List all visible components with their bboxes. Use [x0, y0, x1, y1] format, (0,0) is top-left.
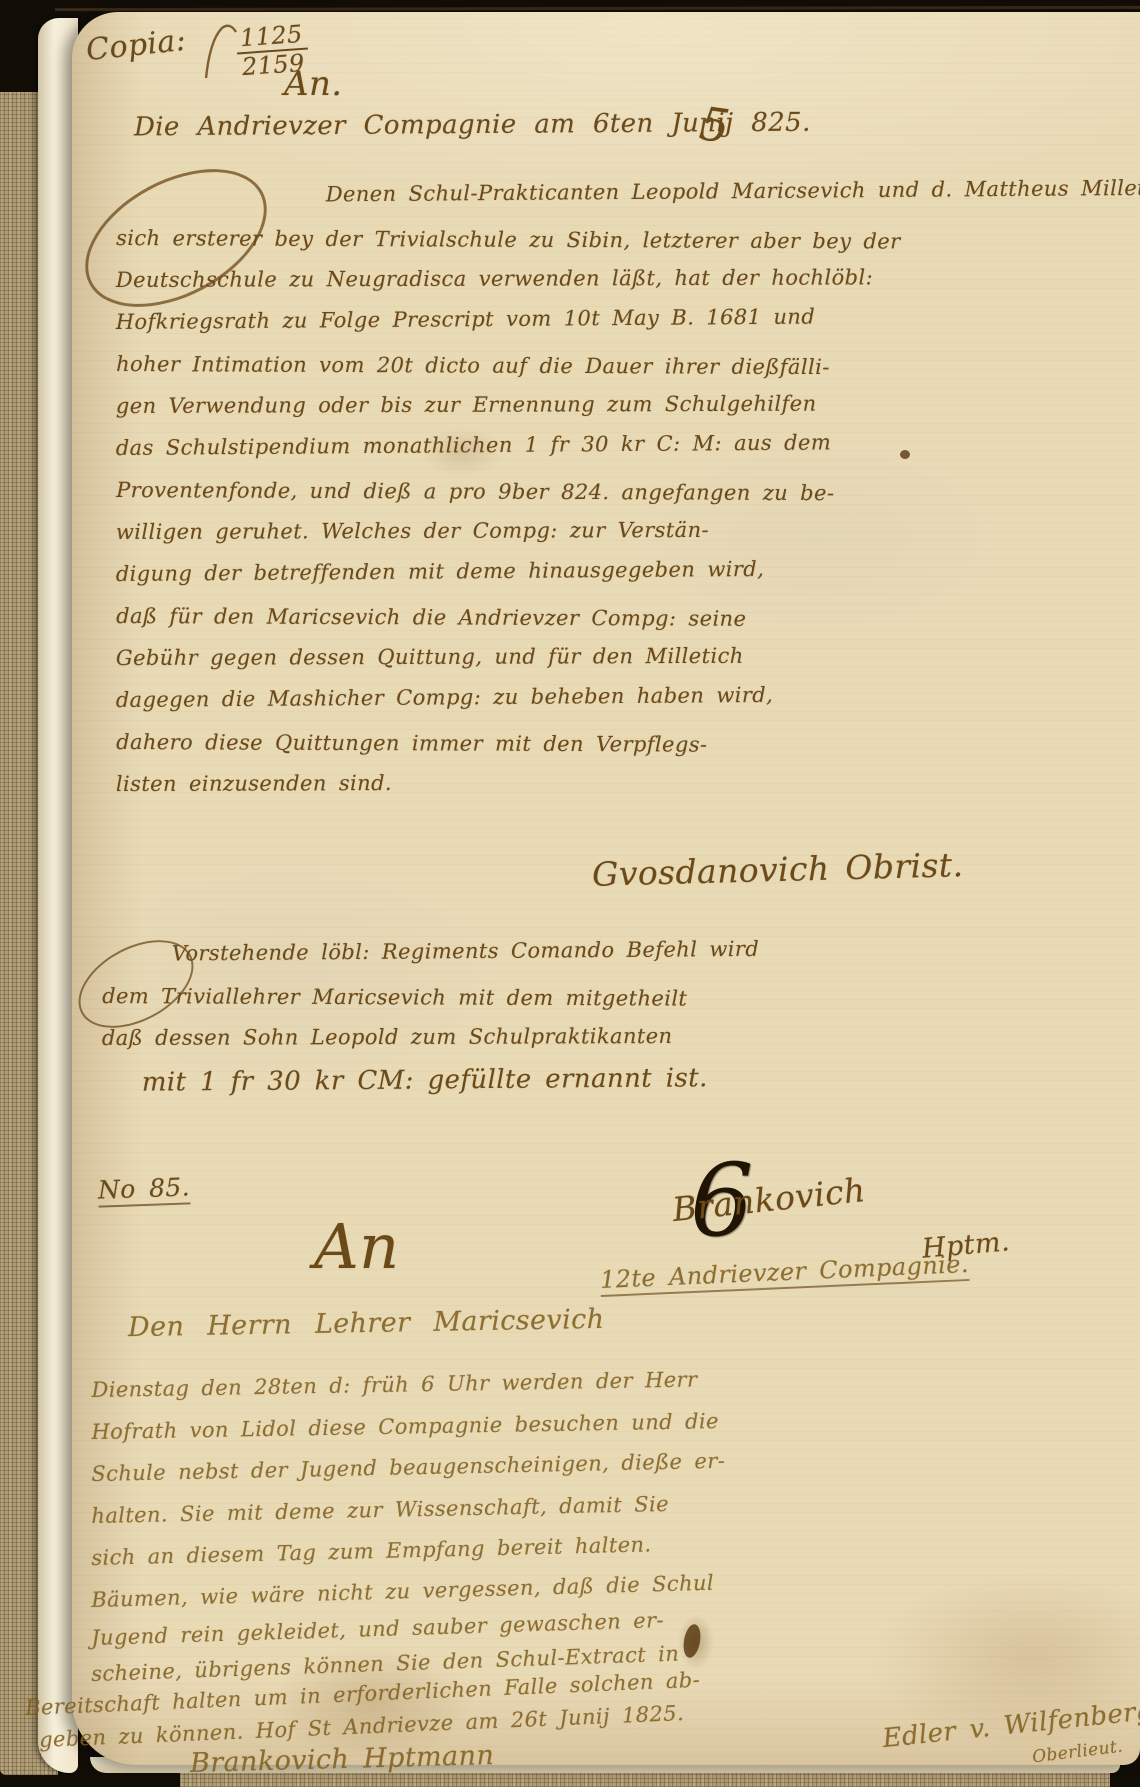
- page-top-edge: [55, 6, 1140, 11]
- letter2-salutation: An: [314, 1210, 400, 1283]
- manuscript-page: Copia: 1125 2159 An. Die Andrievzer Comp…: [72, 12, 1140, 1765]
- letter1-body-line: digung der betreffenden mit deme hinausg…: [116, 553, 1140, 604]
- manuscript-scan: Copia: 1125 2159 An. Die Andrievzer Comp…: [0, 0, 1140, 1787]
- note-line: dem Triviallehrer Maricsevich mit dem mi…: [102, 984, 760, 1029]
- note-body: Vorstehende löbl: Regiments Comando Befe…: [102, 942, 759, 1110]
- page-mark: 5: [696, 96, 733, 154]
- letter1-body-line: listen einzusenden sind.: [116, 768, 1140, 814]
- letter2-body: Dienstag den 28ten d: früh 6 Uhr werden …: [92, 1378, 726, 1760]
- note-line: daß dessen Sohn Leopold zum Schulpraktik…: [102, 1024, 760, 1068]
- letter1-body-line: Denen Schul-Prakticanten Leopold Maricse…: [116, 175, 1140, 226]
- ink-spot: [900, 450, 910, 459]
- letter2-signature-right-rank: Oberlieut.: [1031, 1737, 1124, 1768]
- letter1-body-line: das Schulstipendium monathlichen 1 fr 30…: [116, 427, 1140, 478]
- docket-unit: 12te Andrievzer Compagnie.: [599, 1250, 969, 1297]
- docket-number: No 85.: [97, 1172, 190, 1207]
- letter1-body: Denen Schul-Prakticanten Leopold Maricse…: [116, 184, 1140, 814]
- letter1-body-line: dagegen die Mashicher Compg: zu beheben …: [116, 679, 1140, 730]
- note-line: mit 1 fr 30 kr CM: gefüllte ernannt ist.: [102, 1063, 760, 1110]
- letter1-body-line: Hofkriegsrath zu Folge Prescript vom 10t…: [116, 301, 1140, 352]
- letter2-address: Den Herrn Lehrer Maricsevich: [128, 1304, 605, 1343]
- note-line: Vorstehende löbl: Regiments Comando Befe…: [102, 937, 760, 984]
- copy-label: Copia:: [84, 23, 187, 68]
- letter1-salutation: An.: [284, 64, 342, 104]
- letter1-signature: Gvosdanovich Obrist.: [592, 845, 964, 894]
